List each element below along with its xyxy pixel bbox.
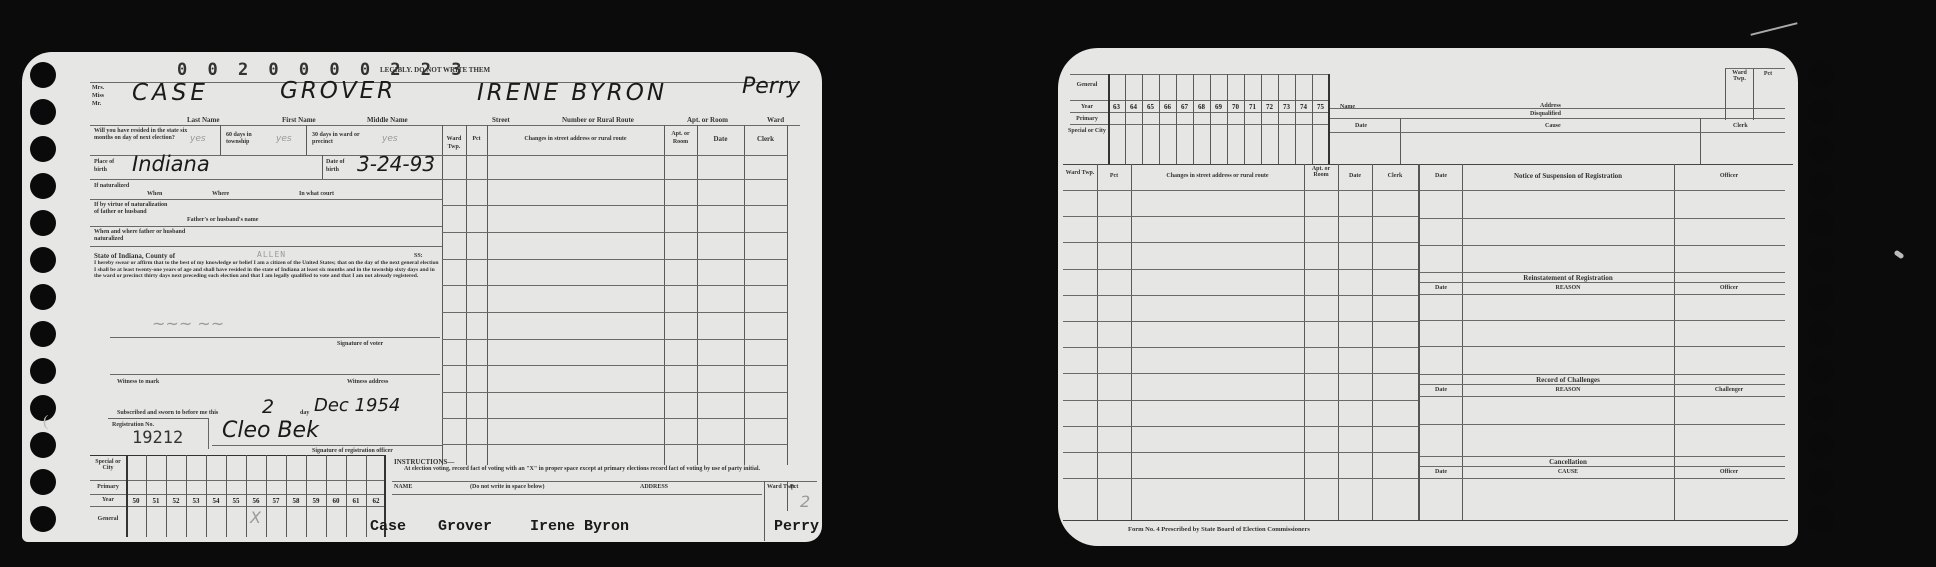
label-disqualified: Disqualified: [1530, 110, 1561, 118]
label-pct-top: Pct: [1754, 70, 1782, 78]
challenges-col-challenger: Challenger: [1674, 386, 1784, 394]
punch-hole: [30, 358, 56, 384]
label-signature-officer: Signature of registration officer: [312, 447, 393, 455]
punch-hole: [30, 432, 56, 458]
year-cell: 63: [1108, 103, 1125, 111]
grid-label-special: Special or City: [1066, 128, 1108, 134]
typed-precinct: Perry: [774, 518, 819, 535]
label-date-disq: Date: [1355, 122, 1367, 130]
voter-signature: ~~~ ~~: [152, 314, 224, 333]
year-cell: 72: [1261, 103, 1278, 111]
col-clerk: Clerk: [1372, 172, 1418, 180]
label-ward: Ward: [767, 116, 784, 124]
label-ward-twp-top: Ward Twp.: [1726, 70, 1753, 82]
label-do-not-write: (Do not write in space below): [470, 483, 545, 491]
grid-label-general: General: [1066, 81, 1108, 89]
year-cell: 51: [146, 497, 166, 505]
year-cell: 69: [1210, 103, 1227, 111]
year-cell: 75: [1312, 103, 1329, 111]
punch-hole: [30, 469, 56, 495]
label-witness-mark: Witness to mark: [117, 378, 159, 386]
col-apt-room: Apt. or Room: [1304, 166, 1338, 178]
general-vote-mark-56: X: [250, 508, 261, 527]
precinct-handwritten: Perry: [742, 74, 800, 99]
title-prefix: Mrs. Miss Mr.: [92, 84, 110, 108]
punch-hole: [30, 99, 56, 125]
registration-card-front: 0 0 2 0 0 0 0 2 2 3 LEGIBLY. DO NOT WRIT…: [22, 52, 822, 542]
punch-hole: [1808, 62, 1834, 88]
punch-hole: [1808, 506, 1834, 532]
label-name: Name: [1340, 103, 1355, 111]
date-of-birth-value: 3-24-93: [357, 152, 435, 176]
year-cell: 70: [1227, 103, 1244, 111]
registration-number-value: 19212: [132, 429, 208, 447]
punch-hole: [30, 62, 56, 88]
edge-mark: (: [43, 413, 48, 431]
label-resided-state: Will you have resided in the state six m…: [94, 128, 189, 142]
suspension-col-notice: Notice of Suspension of Registration: [1462, 172, 1674, 180]
label-subscribed: Subscribed and sworn to before me this: [117, 409, 218, 417]
col-changes: Changes in street address or rural route: [1131, 172, 1304, 180]
officer-signature: Cleo Bek: [222, 418, 319, 443]
label-where: Where: [212, 190, 229, 198]
label-name: NAME: [394, 483, 412, 491]
typed-address: Irene Byron: [530, 518, 629, 535]
punch-hole: [1808, 284, 1834, 310]
label-cause: Cause: [1545, 122, 1561, 130]
sworn-day-value: 2: [262, 396, 274, 418]
oath-text: I hereby swear or affirm that to the bes…: [94, 260, 439, 280]
punch-hole: [1808, 210, 1834, 236]
col-ward-twp: Ward Twp.: [1063, 170, 1097, 176]
year-cell: 60: [326, 497, 346, 505]
year-cell: 54: [206, 497, 226, 505]
year-cell: 52: [166, 497, 186, 505]
instructions-text: At election voting, record fact of votin…: [404, 466, 814, 473]
label-apt-room: Apt. or Room: [687, 116, 728, 124]
label-what-court: In what court: [299, 190, 334, 198]
punch-hole: [1808, 358, 1834, 384]
label-first-name: First Name: [282, 116, 316, 124]
pct-handwritten: 2: [800, 492, 810, 511]
typed-first-name: Grover: [438, 518, 492, 535]
year-cell: 74: [1295, 103, 1312, 111]
col-date: Date: [1338, 172, 1372, 180]
label-clerk-disq: Clerk: [1733, 122, 1748, 130]
year-cell: 56: [246, 497, 266, 505]
label-street: Street: [492, 116, 510, 124]
label-number-route: Number or Rural Route: [562, 116, 634, 124]
first-name-value: GROVER: [280, 78, 396, 104]
label-days-township: 60 days in township: [226, 132, 266, 146]
col-clerk: Clerk: [744, 135, 787, 143]
punch-hole: [30, 136, 56, 162]
grid-label-special: Special or City: [90, 459, 126, 471]
label-naturalized: If naturalized: [94, 182, 132, 190]
county-value: ALLEN: [257, 250, 286, 259]
year-cell: 67: [1176, 103, 1193, 111]
punch-hole: [30, 321, 56, 347]
reinstatement-col-reason: REASON: [1462, 284, 1674, 292]
label-date-of-birth: Date of birth: [326, 158, 356, 174]
challenges-title: Record of Challenges: [1462, 376, 1674, 384]
punch-hole: [30, 247, 56, 273]
label-ss: SS:: [414, 252, 423, 260]
year-cell: 61: [346, 497, 366, 505]
instructions-title: INSTRUCTIONS—: [394, 458, 454, 466]
label-witness-address: Witness address: [347, 378, 388, 386]
challenges-col-date: Date: [1420, 386, 1462, 394]
year-cell: 64: [1125, 103, 1142, 111]
label-when: When: [147, 190, 162, 198]
punch-hole: [1808, 136, 1834, 162]
suspension-col-officer: Officer: [1674, 172, 1784, 180]
label-middle-name: Middle Name: [367, 116, 408, 124]
punch-hole: [1808, 173, 1834, 199]
grid-label-year: Year: [1066, 103, 1108, 111]
registration-number-box: Registration No. 19212: [108, 418, 209, 449]
label-when-where-father: When and where father or husband natural…: [94, 229, 189, 243]
col-changes: Changes in street address or rural route: [487, 135, 664, 143]
col-apt-room: Apt. or Room: [664, 130, 697, 146]
label-signature-voter: Signature of voter: [337, 340, 383, 348]
year-cell: 55: [226, 497, 246, 505]
col-ward-twp: Ward Twp.: [442, 135, 466, 151]
place-of-birth-value: Indiana: [132, 152, 210, 176]
cancellation-title: Cancellation: [1462, 458, 1674, 466]
punch-hole: [30, 506, 56, 532]
reinstatement-title: Reinstatement of Registration: [1462, 274, 1674, 282]
label-days-ward: 30 days in ward or precinct: [312, 132, 367, 146]
film-speck: [1893, 250, 1904, 260]
challenges-col-reason: REASON: [1462, 386, 1674, 394]
reinstatement-col-officer: Officer: [1674, 284, 1784, 292]
sworn-month-year-value: Dec 1954: [314, 395, 400, 416]
grid-label-primary: Primary: [90, 483, 126, 491]
punch-hole: [30, 284, 56, 310]
label-place-of-birth: Place of birth: [94, 158, 124, 174]
form-footer: Form No. 4 Prescribed by State Board of …: [1128, 526, 1310, 534]
suspension-col-date: Date: [1420, 172, 1462, 180]
label-state-county: State of Indiana, County of: [94, 252, 175, 260]
punch-hole: [30, 173, 56, 199]
punch-hole: [1808, 432, 1834, 458]
header-note: LEGIBLY. DO NOT WRITE THEM: [380, 66, 490, 74]
grid-label-year: Year: [90, 496, 126, 504]
punch-hole: [1808, 395, 1834, 421]
reinstatement-col-date: Date: [1420, 284, 1462, 292]
punch-hole: [1808, 99, 1834, 125]
punch-hole: [1808, 469, 1834, 495]
label-fathers-name: Father's or husband's name: [187, 216, 258, 224]
year-cell: 50: [126, 497, 146, 505]
street-value: IRENE BYRON: [477, 80, 667, 106]
year-cell: 57: [266, 497, 286, 505]
grid-label-general: General: [90, 515, 126, 523]
days-township-value: yes: [276, 134, 292, 144]
punch-hole: [1808, 321, 1834, 347]
year-cell: 71: [1244, 103, 1261, 111]
grid-label-primary: Primary: [1066, 115, 1108, 123]
registration-card-back: General Year Primary Special or City 63 …: [1058, 48, 1798, 546]
typed-last-name: Case: [370, 518, 406, 535]
label-pct-bottom: Pct: [790, 483, 798, 491]
col-pct: Pct: [466, 135, 487, 143]
year-cell: 73: [1278, 103, 1295, 111]
cancellation-col-officer: Officer: [1674, 468, 1784, 476]
resided-state-value: yes: [190, 134, 206, 144]
year-cell: 66: [1159, 103, 1176, 111]
label-address: ADDRESS: [640, 483, 668, 491]
last-name-value: CASE: [132, 80, 209, 106]
col-date: Date: [697, 135, 744, 143]
label-address: Address: [1540, 102, 1561, 110]
year-cell: 68: [1193, 103, 1210, 111]
year-cell: 62: [366, 497, 386, 505]
label-last-name: Last Name: [187, 116, 219, 124]
label-day: day: [300, 409, 309, 417]
film-scratch: [1750, 22, 1797, 36]
cancellation-col-cause: CAUSE: [1462, 468, 1674, 476]
label-by-virtue: If by virtue of naturalization of father…: [94, 202, 169, 216]
col-pct: Pct: [1097, 172, 1131, 180]
year-cell: 53: [186, 497, 206, 505]
year-cell: 65: [1142, 103, 1159, 111]
days-ward-value: yes: [382, 134, 398, 144]
cancellation-col-date: Date: [1420, 468, 1462, 476]
punch-hole: [1808, 247, 1834, 273]
year-cell: 59: [306, 497, 326, 505]
year-cell: 58: [286, 497, 306, 505]
punch-hole: [30, 210, 56, 236]
